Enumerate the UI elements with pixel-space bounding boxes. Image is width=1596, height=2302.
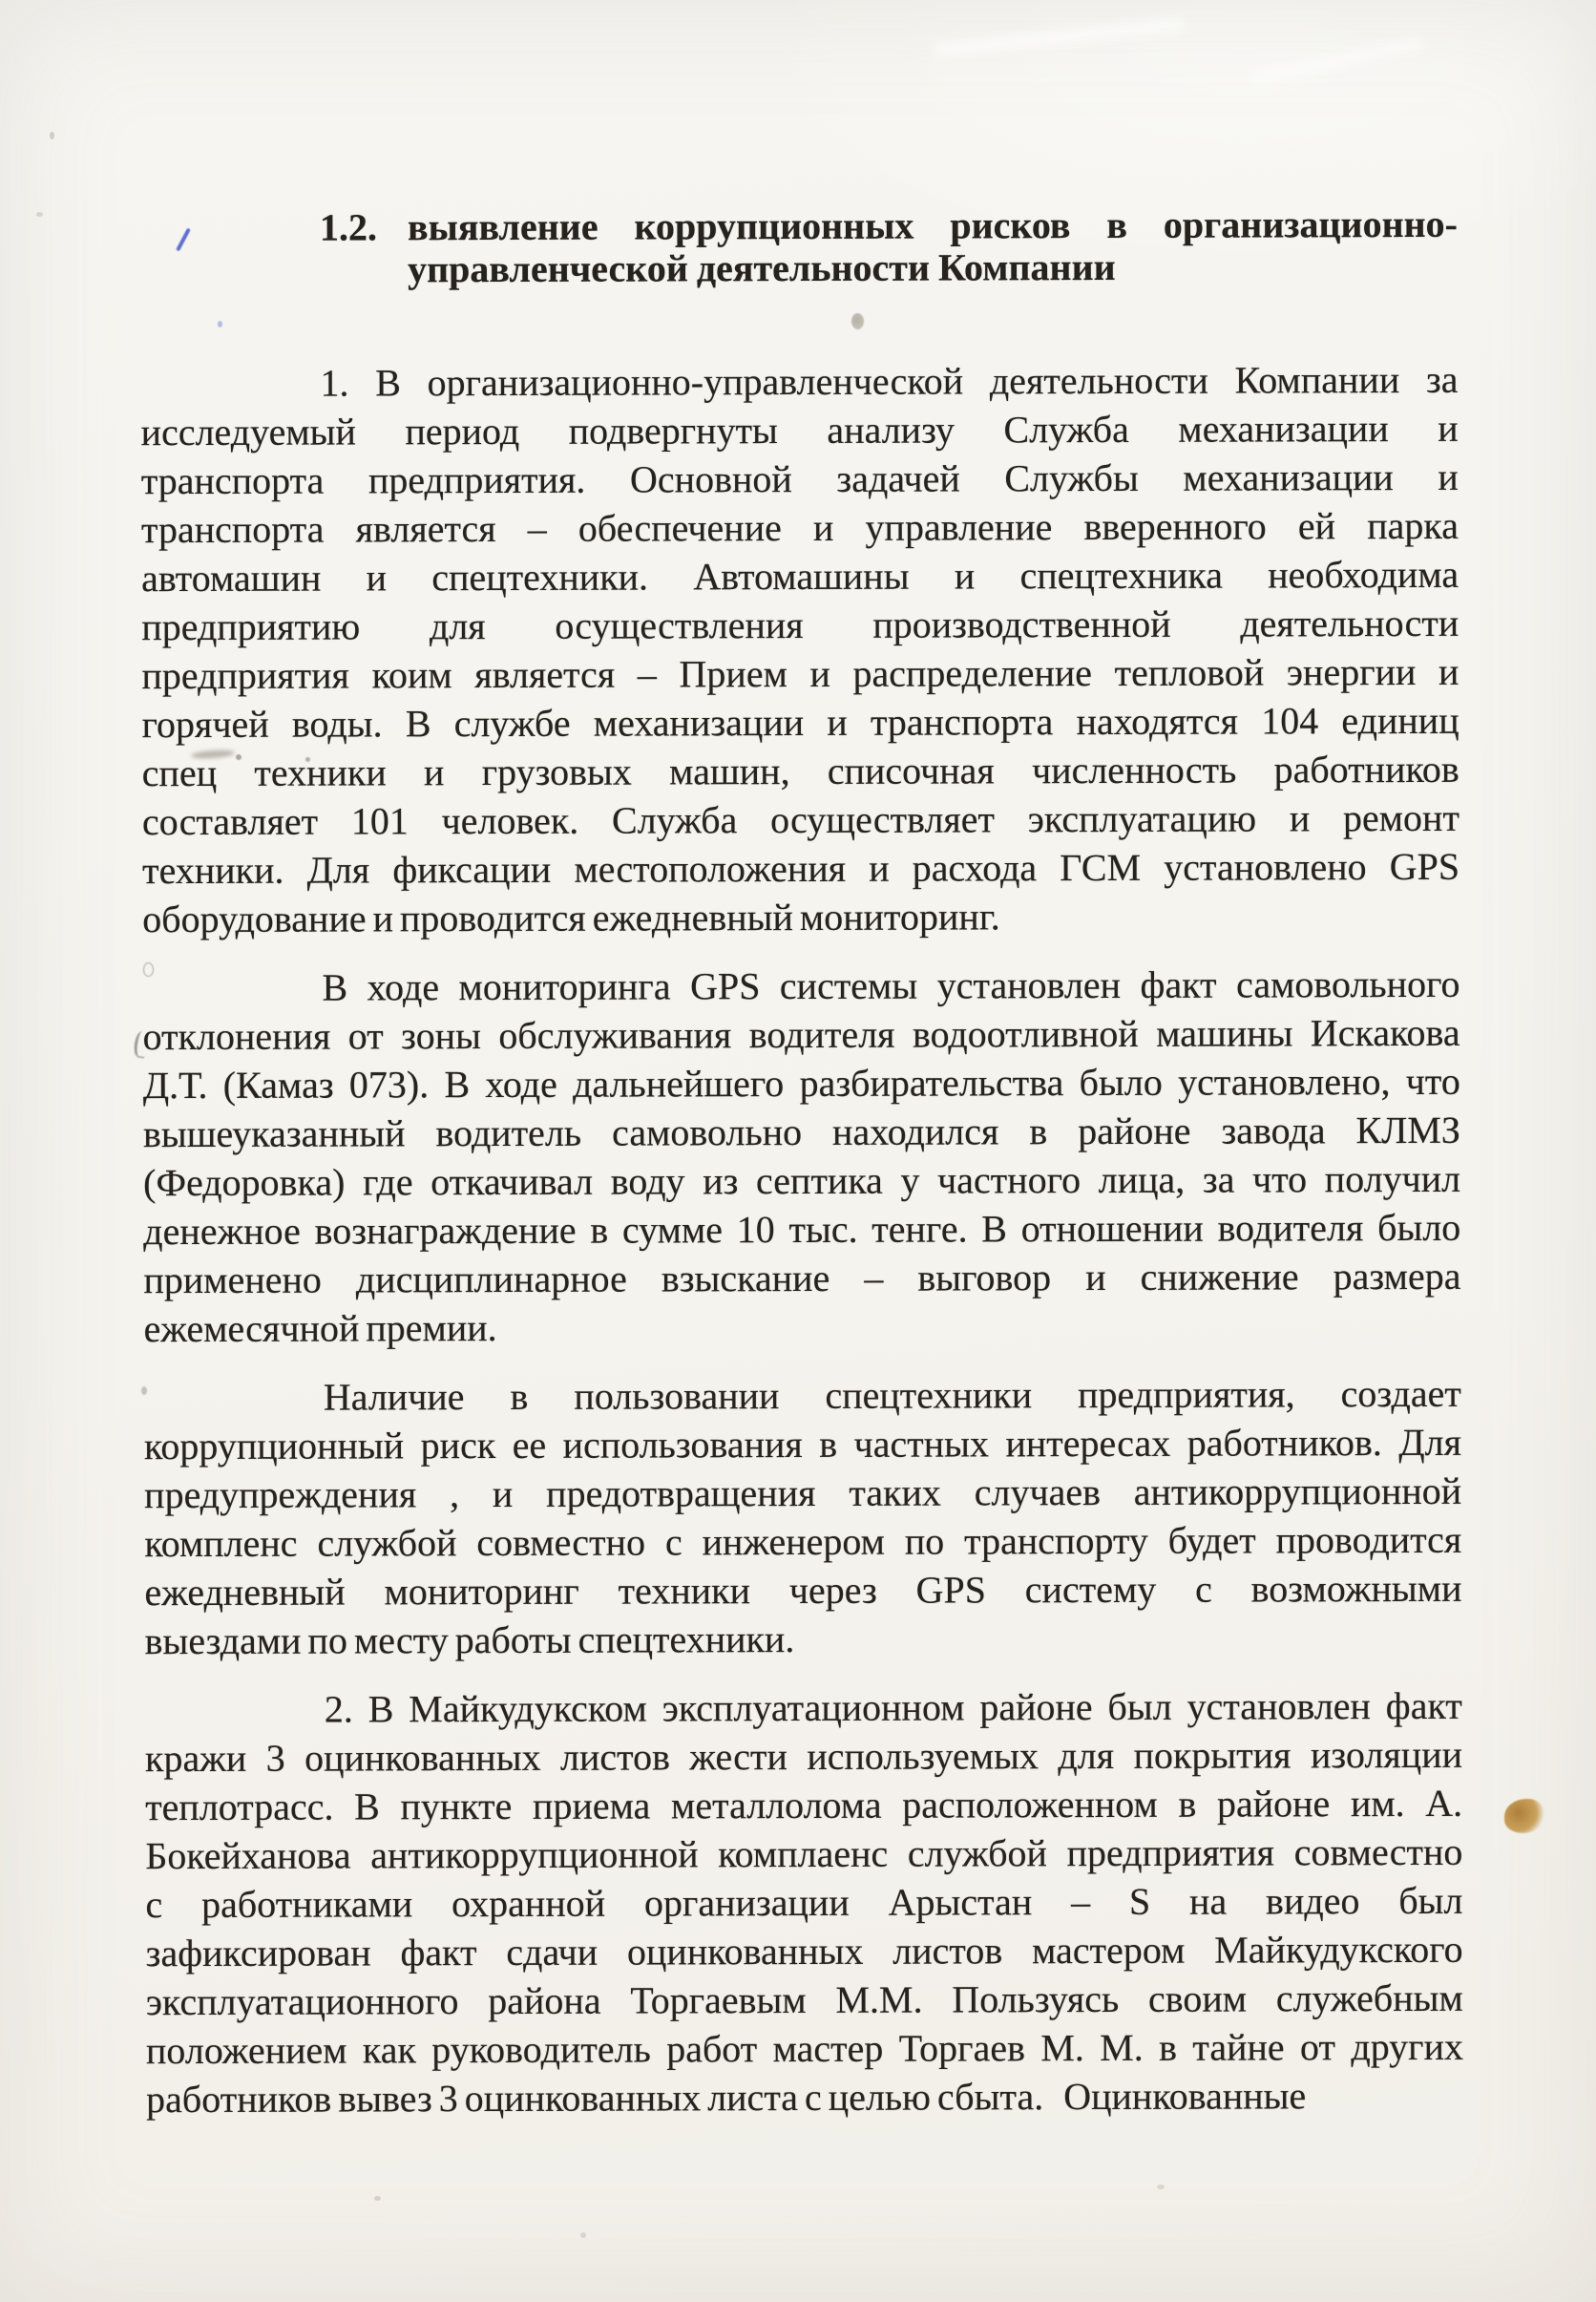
text-line: 1. В организационно-управленческой деяте… xyxy=(140,355,1458,408)
text-line: исследуемый период подвергнуты анализу С… xyxy=(141,404,1459,456)
text-line: денежное вознаграждение в сумме 10 тыс. … xyxy=(143,1203,1460,1256)
document-body: 1. В организационно-управленческой деяте… xyxy=(140,355,1463,2144)
text-line: горячей воды. В службе механизации и тра… xyxy=(142,696,1459,749)
text-line: применено дисциплинарное взыскание – выг… xyxy=(143,1252,1460,1304)
paragraph: Наличие в пользовании спецтехники предпр… xyxy=(144,1369,1462,1665)
paragraph: 2. В Майкудукском эксплуатационном район… xyxy=(145,1681,1463,2123)
text-line: (Федоровка) где откачивал воду из септик… xyxy=(143,1154,1460,1207)
text-line: 2. В Майкудукском эксплуатационном район… xyxy=(145,1681,1462,1734)
text-line: предприятия коим является – Прием и расп… xyxy=(141,647,1459,700)
text-line: коррупционный риск ее использования в ча… xyxy=(144,1418,1461,1470)
text-line: Наличие в пользовании спецтехники предпр… xyxy=(144,1369,1461,1422)
heading-number: 1.2. xyxy=(320,206,377,248)
text-line: В ходе мониторинга GPS системы установле… xyxy=(142,960,1459,1012)
paragraph: В ходе мониторинга GPS системы установле… xyxy=(142,960,1460,1353)
text-line: предприятию для осуществления производст… xyxy=(141,599,1459,651)
text-line: положением как руководитель работ мастер… xyxy=(146,2022,1463,2075)
heading-lines: выявление коррупционных рисков в организ… xyxy=(320,203,1458,291)
text-line: вышеуказанный водитель самовольно находи… xyxy=(143,1106,1460,1158)
text-line: спец техники и грузовых машин, списочная… xyxy=(142,745,1459,797)
text-line: оборудование и проводится ежедневный мон… xyxy=(142,891,1459,943)
text-line: эксплуатационного района Торгаевым М.М. … xyxy=(146,1974,1463,2026)
text-line: ежедневный мониторинг техники через GPS … xyxy=(144,1564,1461,1616)
text-line: с работниками охранной организации Арыст… xyxy=(145,1876,1462,1929)
heading-line: выявление коррупционных рисков в организ… xyxy=(320,203,1458,249)
scanned-page: 1.2. выявление коррупционных рисков в ор… xyxy=(0,0,1596,2302)
text-line: зафиксирован факт сдачи оцинкованных лис… xyxy=(146,1925,1463,1977)
text-line: выездами по месту работы спецтехники. xyxy=(145,1613,1462,1665)
text-line: работников вывез 3 оцинкованных листа с … xyxy=(146,2071,1463,2123)
text-line: предупреждения , и предотвращения таких … xyxy=(144,1467,1461,1519)
text-line: ежемесячной премии. xyxy=(144,1300,1461,1353)
text-line: транспорта предприятия. Основной задачей… xyxy=(141,453,1459,505)
text-line: кражи 3 оцинкованных листов жести исполь… xyxy=(145,1730,1462,1783)
text-line: компленс службой совместно с инженером п… xyxy=(144,1515,1461,1568)
text-line: составляет 101 человек. Служба осуществл… xyxy=(142,793,1459,846)
heading-line: управленческой деятельности Компании xyxy=(320,245,1458,291)
text-line: техники. Для фиксации местоположения и р… xyxy=(142,842,1459,895)
text-line: Бокейханова антикоррупционной комплаенс … xyxy=(145,1827,1462,1880)
section-heading: 1.2. выявление коррупционных рисков в ор… xyxy=(320,203,1458,291)
text-line: отклонения от зоны обслуживания водителя… xyxy=(143,1008,1460,1061)
text-line: транспорта является – обеспечение и упра… xyxy=(141,501,1459,554)
text-line: автомашин и спецтехники. Автомашины и сп… xyxy=(141,550,1459,602)
paragraph: 1. В организационно-управленческой деяте… xyxy=(140,355,1459,943)
text-line: Д.Т. (Камаз 073). В ходе дальнейшего раз… xyxy=(143,1057,1460,1109)
text-line: теплотрасс. В пункте приема металлолома … xyxy=(145,1779,1462,1831)
document-content: 1.2. выявление коррупционных рисков в ор… xyxy=(0,0,1596,2302)
